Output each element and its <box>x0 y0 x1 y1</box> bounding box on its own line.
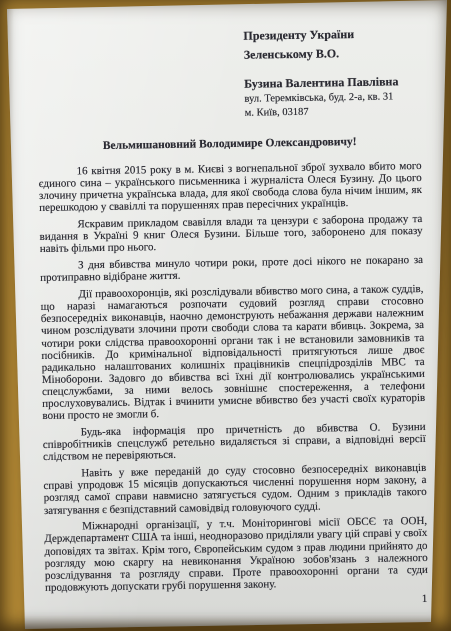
photo-background: Президенту України Зеленському В.О. Бузи… <box>0 0 451 631</box>
header-address-block: Президенту України Зеленському В.О. Бузи… <box>243 24 418 120</box>
recipient-line-2: Зеленському В.О. <box>244 43 418 65</box>
letter-page: Президенту України Зеленському В.О. Бузи… <box>0 0 451 631</box>
salutation: Вельмишановний Володимире Олександровичу… <box>38 135 421 153</box>
body-paragraph: З дня вбивства минуло чотири роки, проте… <box>40 254 423 284</box>
sender-address-city: м. Київ, 03187 <box>245 104 419 120</box>
body-paragraph: Навіть у вже переданій до суду стосовно … <box>43 462 427 517</box>
body-paragraph: Дії правоохоронців, які розслідували вби… <box>40 283 425 423</box>
letter-body: 16 квітня 2015 року в м. Києві з вогнепа… <box>38 160 428 594</box>
letter-header: Президенту України Зеленському В.О. Бузи… <box>36 24 420 123</box>
body-paragraph: Міжнародні організації, у т.ч. Моніторин… <box>44 515 428 594</box>
sender-address-street: вул. Теремківська, буд. 2-а, кв. 31 <box>244 90 418 106</box>
sender-name: Бузина Валентина Павлівна <box>244 74 418 91</box>
letter-content: Президенту України Зеленському В.О. Бузи… <box>36 2 428 611</box>
paper-shadow: Президенту України Зеленському В.О. Бузи… <box>0 0 451 631</box>
body-paragraph: Яскравим прикладом свавілля влади та цен… <box>39 213 423 255</box>
body-paragraph: Будь-яка інформація про причетність до в… <box>43 421 427 463</box>
body-paragraph: 16 квітня 2015 року в м. Києві з вогнепа… <box>38 160 422 215</box>
page-number: 1 <box>45 593 428 611</box>
